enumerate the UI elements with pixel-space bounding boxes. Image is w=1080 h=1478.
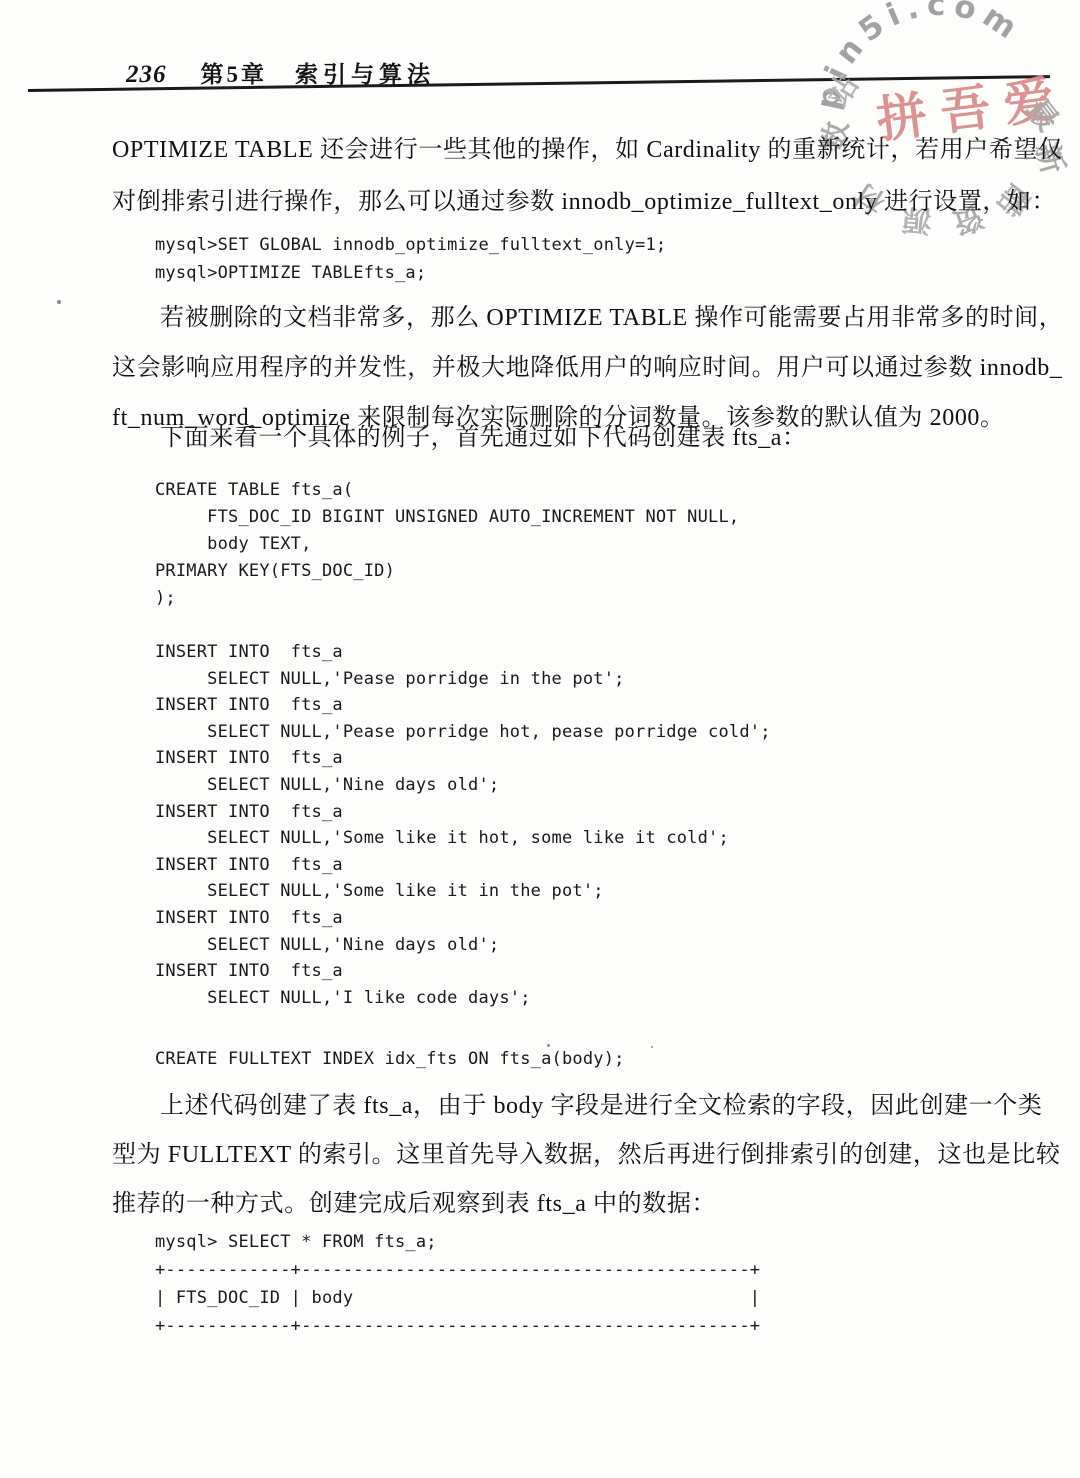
code-block: INSERT INTO fts_a SELECT NULL,'Pease por… [155, 639, 771, 1011]
code-block: mysql>SET GLOBAL innodb_optimize_fulltex… [155, 231, 666, 287]
code-block: mysql> SELECT * FROM fts_a; +-----------… [155, 1228, 760, 1340]
text-line: OPTIMIZE TABLE 还会进行一些其他的操作，如 Cardinality… [112, 138, 1012, 190]
book-page: 236第5章索引与算法 pin5i.com 拼吾爱 站 数 最 新 酷 资 源 … [0, 0, 1080, 1478]
code-line: mysql>OPTIMIZE TABLEfts_a; [155, 259, 666, 287]
code-line: SELECT NULL,'Nine days old'; [155, 772, 771, 799]
code-line: ); [155, 585, 739, 612]
text-line: 若被删除的文档非常多，那么 OPTIMIZE TABLE 操作可能需要占用非常多… [112, 306, 1012, 356]
code-line: SELECT NULL,'Some like it hot, some like… [155, 825, 771, 852]
scan-speck [547, 1044, 550, 1047]
text-line: 上述代码创建了表 fts_a，由于 body 字段是进行全文检索的字段，因此创建… [112, 1094, 1012, 1143]
code-line: PRIMARY KEY(FTS_DOC_ID) [155, 558, 739, 585]
code-line: INSERT INTO fts_a [155, 745, 771, 772]
code-line: mysql>SET GLOBAL innodb_optimize_fulltex… [155, 231, 666, 259]
code-line: CREATE TABLE fts_a( [155, 477, 739, 504]
chapter-label: 第5章 [201, 62, 268, 87]
code-line: +------------+--------------------------… [155, 1312, 760, 1340]
paragraph: OPTIMIZE TABLE 还会进行一些其他的操作，如 Cardinality… [112, 138, 1012, 240]
code-block: CREATE TABLE fts_a( FTS_DOC_ID BIGINT UN… [155, 477, 739, 612]
svg-text:pin5i.com: pin5i.com [810, 0, 1029, 112]
code-line: INSERT INTO fts_a [155, 905, 771, 932]
text-line: 这会影响应用程序的并发性，并极大地降低用户的响应时间。用户可以通过参数 inno… [112, 356, 1012, 406]
code-line: SELECT NULL,'Nine days old'; [155, 932, 771, 959]
code-line: CREATE FULLTEXT INDEX idx_fts ON fts_a(b… [155, 1046, 625, 1073]
code-line: | FTS_DOC_ID | body | [155, 1284, 760, 1312]
code-line: mysql> SELECT * FROM fts_a; [155, 1228, 760, 1256]
paragraph: 上述代码创建了表 fts_a，由于 body 字段是进行全文检索的字段，因此创建… [112, 1094, 1012, 1242]
scan-speck [57, 300, 61, 304]
code-line: body TEXT, [155, 531, 739, 558]
text-line: 下面来看一个具体的例子，首先通过如下代码创建表 fts_a： [112, 426, 1012, 476]
code-line: SELECT NULL,'I like code days'; [155, 985, 771, 1012]
watermark-site-text: pin5i.com [810, 0, 1029, 112]
code-line: SELECT NULL,'Pease porridge hot, pease p… [155, 719, 771, 746]
code-block: CREATE FULLTEXT INDEX idx_fts ON fts_a(b… [155, 1046, 625, 1073]
watermark-ring-char: 最 [1019, 93, 1065, 138]
code-line: SELECT NULL,'Pease porridge in the pot'; [155, 666, 771, 693]
code-line: INSERT INTO fts_a [155, 799, 771, 826]
scan-speck [651, 1046, 653, 1048]
code-line: INSERT INTO fts_a [155, 692, 771, 719]
code-line: +------------+--------------------------… [155, 1256, 760, 1284]
paragraph: 下面来看一个具体的例子，首先通过如下代码创建表 fts_a： [112, 426, 1012, 476]
code-line: SELECT NULL,'Some like it in the pot'; [155, 878, 771, 905]
text-line: 型为 FULLTEXT 的索引。这里首先导入数据，然后再进行倒排索引的创建，这也… [112, 1143, 1012, 1192]
code-line: INSERT INTO fts_a [155, 639, 771, 666]
watermark-ring-char: 站 [821, 69, 867, 113]
code-line: INSERT INTO fts_a [155, 852, 771, 879]
code-line: FTS_DOC_ID BIGINT UNSIGNED AUTO_INCREMEN… [155, 504, 739, 531]
code-line: INSERT INTO fts_a [155, 958, 771, 985]
page-number: 236 [126, 61, 167, 88]
